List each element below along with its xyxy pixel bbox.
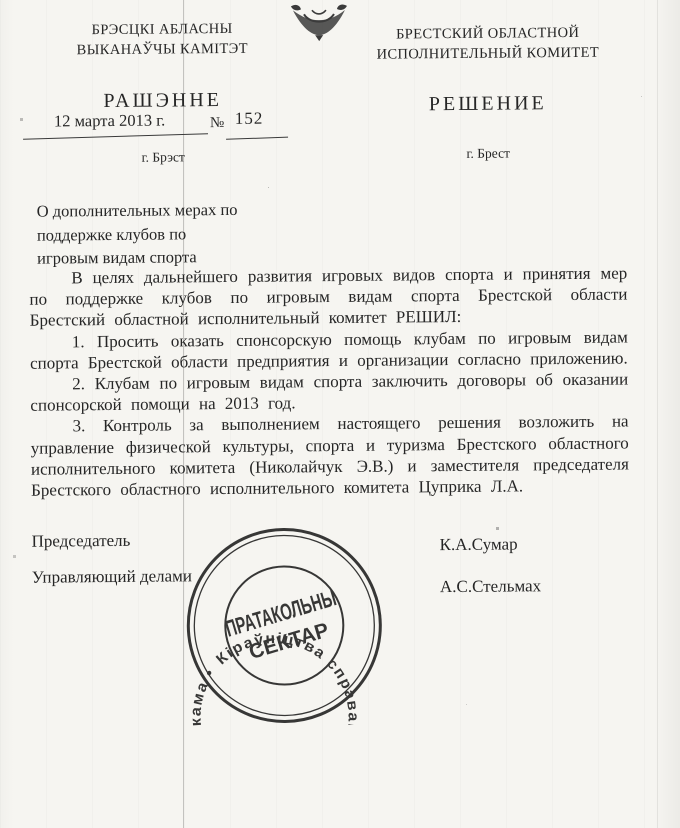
number-sign: № bbox=[210, 115, 224, 132]
signature-title-affairs-manager: Управляющий делами bbox=[32, 566, 192, 587]
org-right-line2: ИСПОЛНИТЕЛЬНЫЙ КОМИТЕТ bbox=[365, 43, 610, 65]
number-underline bbox=[226, 137, 288, 141]
date-underline bbox=[23, 133, 208, 140]
body-paragraph: 1. Просить оказать спонсорскую помощь кл… bbox=[30, 326, 628, 374]
document-sheet: БРЭСЦКІ АБЛАСНЫ ВЫКАНАЎЧЫ КАМІТЭТ БРЕСТС… bbox=[0, 0, 680, 828]
body-paragraph: В целях дальнейшего развития игровых вид… bbox=[29, 262, 628, 331]
scanned-resolution-document: БРЭСЦКІ АБЛАСНЫ ВЫКАНАЎЧЫ КАМІТЭТ БРЕСТС… bbox=[0, 0, 680, 828]
body-paragraph: 2. Клубам по игровым видам спорта заключ… bbox=[30, 369, 628, 417]
state-emblem-icon bbox=[288, 2, 350, 43]
doc-type-russian: РЕШЕНИЕ bbox=[388, 92, 588, 117]
document-number: 152 bbox=[235, 109, 264, 129]
resolution-body: В целях дальнейшего развития игровых вид… bbox=[29, 262, 629, 500]
city-belarusian: г. Брэст bbox=[38, 148, 288, 166]
subject-line: поддержке клубов по bbox=[37, 221, 327, 247]
issuing-org-belarusian: БРЭСЦКІ АБЛАСНЫ ВЫКАНАЎЧЫ КАМІТЭТ bbox=[37, 19, 287, 60]
subject-line: О дополнительных мерах по bbox=[37, 197, 327, 223]
issuing-org-russian: БРЕСТСКИЙ ОБЛАСТНОЙ ИСПОЛНИТЕЛЬНЫЙ КОМИТ… bbox=[365, 24, 610, 65]
org-left-line1: БРЭСЦКІ АБЛАСНЫ bbox=[37, 19, 287, 41]
document-date: 12 марта 2013 г. bbox=[54, 111, 165, 132]
document-subject: О дополнительных мерах по поддержке клуб… bbox=[37, 197, 328, 270]
scan-noise-specks bbox=[0, 0, 1, 1]
body-paragraph: 3. Контроль за выполнением настоящего ре… bbox=[30, 411, 629, 501]
org-left-line2: ВЫКАНАЎЧЫ КАМІТЭТ bbox=[37, 39, 287, 61]
signature-title-chairman: Председатель bbox=[31, 531, 130, 552]
signature-name-affairs-manager: А.С.Стельмах bbox=[440, 576, 541, 597]
city-russian: г. Брест bbox=[388, 145, 588, 163]
org-right-line1: БРЕСТСКИЙ ОБЛАСТНОЙ bbox=[365, 24, 610, 46]
round-stamp: Кіраўніцтва справамі Брэсцкага аблвыканк… bbox=[183, 525, 385, 727]
signature-name-chairman: К.А.Сумар bbox=[440, 534, 518, 555]
